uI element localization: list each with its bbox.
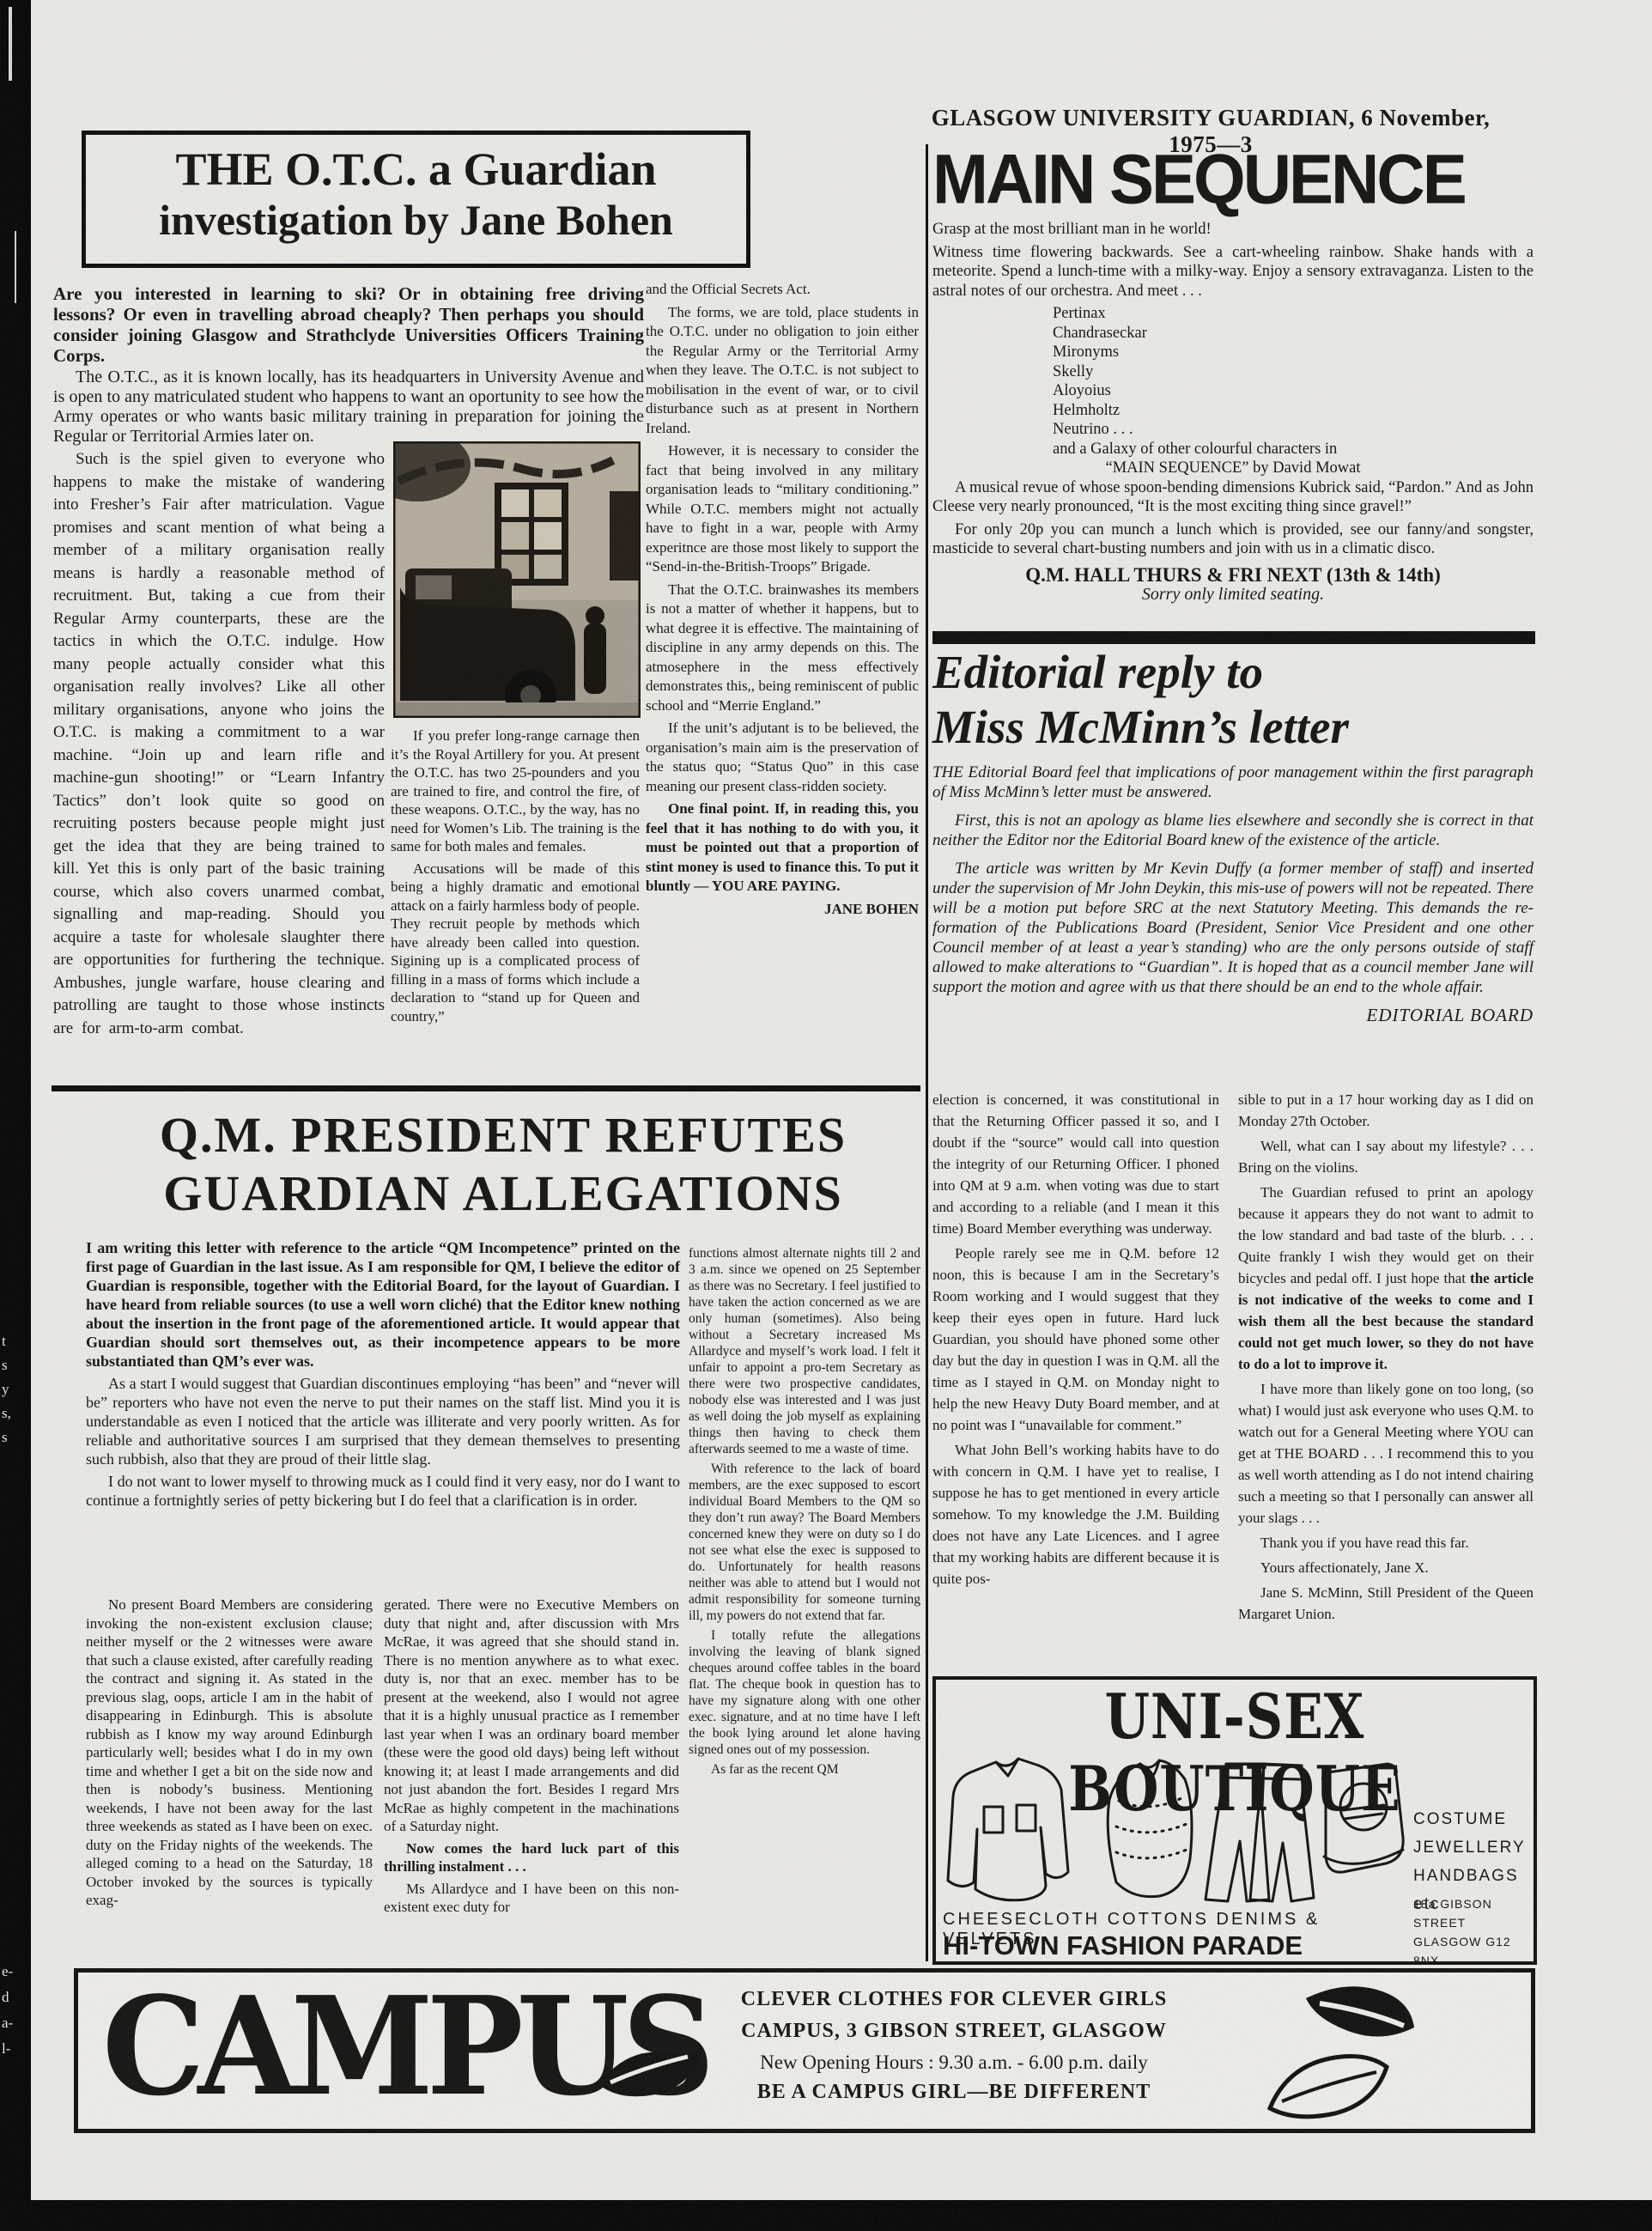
qm-headline-line1: Q.M. PRESIDENT REFUTES [86,1106,920,1164]
paragraph: The article was written by Mr Kevin Duff… [932,859,1534,997]
paragraph: That the O.T.C. brainwashes its members … [646,581,919,716]
jeans-drawing [1206,1764,1269,1901]
paragraph: First, this is not an apology as blame l… [932,811,1534,850]
edge-fragment: s, [2,1405,11,1422]
otc-column-2: If you prefer long-range carnage then it… [391,726,640,1084]
otc-headline-line2: investigation by Jane Bohen [86,195,746,245]
paragraph: and the Official Secrets Act. [646,280,919,300]
section-divider-bar [932,631,1535,644]
film-edge-left [0,0,31,2231]
photo-figure [584,623,606,694]
list-item: and a Galaxy of other colourful characte… [1053,440,1534,459]
paragraph: sible to put in a 17 hour working day as… [1238,1089,1534,1132]
list-item: Mironyms [1053,343,1534,362]
list-item: Skelly [1053,362,1534,382]
address-line: GLASGOW G12 8NX [1413,1932,1530,1970]
paragraph: THE Editorial Board feel that implicatio… [932,763,1534,802]
horizontal-rule [52,1085,920,1091]
edge-fragment: e- [2,1963,13,1980]
seating-note: Sorry only limited seating. [932,585,1534,605]
leaf-icon [1263,2046,1392,2124]
edge-fragment: d [2,1989,9,2006]
paragraph: The Guardian refused to print an apology… [1238,1182,1534,1375]
paragraph: Well, what can I say about my lifestyle?… [1238,1135,1534,1178]
paragraph: Ms Allardyce and I have been on this non… [384,1880,679,1917]
paragraph: If you prefer long-range carnage then it… [391,726,640,856]
otc-byline: JANE BOHEN [646,900,919,920]
paragraph: Thank you if you have read this far. [1238,1532,1534,1553]
paragraph: I do not want to lower myself to throwin… [86,1472,680,1510]
paragraph: gerated. There were no Executive Members… [384,1596,679,1836]
list-item: Aloyoius [1053,381,1534,401]
otc-headline-box: THE O.T.C. a Guardian investigation by J… [82,131,750,268]
campus-line: CLEVER CLOTHES FOR CLEVER GIRLS [679,1988,1229,2011]
vertical-rule [926,144,928,1961]
qm-column-2: gerated. There were no Executive Members… [384,1596,679,1951]
main-sequence-headline: MAIN SEQUENCE [932,141,1535,216]
paragraph: As a start I would suggest that Guardian… [86,1374,680,1468]
paragraph: One final point. If, in reading this, yo… [646,799,919,897]
paragraph: If the unit’s adjutant is to be believed… [646,719,919,796]
paragraph: Such is the spiel given to everyone who … [53,448,385,1040]
qm-intro-block: I am writing this letter with reference … [86,1238,680,1513]
paragraph: With reference to the lack of board memb… [689,1461,920,1624]
qm-column-4: election is concerned, it was constituti… [932,1089,1219,1666]
edge-fragment: l- [2,2040,10,2058]
paragraph: As far as the recent QM [689,1761,920,1778]
paragraph: functions almost alternate nights till 2… [689,1245,920,1457]
paragraph: People rarely see me in Q.M. before 12 n… [932,1243,1219,1436]
campus-line: New Opening Hours : 9.30 a.m. - 6.00 p.m… [679,2052,1229,2074]
campus-line: BE A CAMPUS GIRL—BE DIFFERENT [679,2081,1229,2104]
paragraph: Accusations will be made of this being a… [391,860,640,1026]
campus-ad: CAMPUS CLEVER CLOTHES FOR CLEVER GIRLS C… [74,1968,1535,2133]
side-line: JEWELLERY [1413,1833,1530,1862]
otc-photo [393,441,641,718]
unisex-ad-strapline: HI-TOWN FASHION PARADE [943,1930,1411,1961]
paragraph: No present Board Members are considering… [86,1596,373,1910]
edge-fragment: t [2,1333,6,1350]
garment-illustrations [943,1754,1406,1906]
unisex-boutique-ad: UNI-SEX BOUTIQUE [932,1676,1537,1965]
paragraph: Grasp at the most brilliant man in he wo… [932,220,1534,240]
editorial-body: THE Editorial Board feel that implicatio… [932,763,1534,1025]
blouse-drawing [1108,1760,1192,1897]
paragraph: The forms, we are told, place students i… [646,303,919,439]
list-item: Neutrino . . . [1053,420,1534,440]
paragraph: I am writing this letter with reference … [86,1238,680,1371]
shirt-drawing [948,1759,1068,1900]
paragraph: For only 20p you can munch a lunch which… [932,520,1534,559]
paragraph: I totally refute the allegations involvi… [689,1627,920,1758]
qm-headline-line2: GUARDIAN ALLEGATIONS [86,1164,920,1222]
address-line: 18a GIBSON STREET [1413,1894,1530,1932]
otc-column-3: and the Official Secrets Act. The forms,… [646,280,919,1089]
film-scratches [9,7,12,81]
otc-column-1: Such is the spiel given to everyone who … [53,448,385,1085]
paragraph: I have more than likely gone on too long… [1238,1378,1534,1529]
list-item: Chandraseckar [1053,324,1534,343]
unisex-ad-address: 18a GIBSON STREET GLASGOW G12 8NX [1413,1894,1530,1970]
paragraph: Yours affectionately, Jane X. [1238,1557,1534,1578]
edge-fragment: y [2,1381,9,1398]
qm-column-3: functions almost alternate nights till 2… [689,1245,920,1953]
film-edge-bottom [0,2200,1652,2231]
paragraph: Now comes the hard luck part of this thr… [384,1839,679,1876]
edge-fragment: s [2,1357,8,1374]
otc-intro: The O.T.C., as it is known locally, has … [53,368,644,447]
newspaper-page: t s y s, s e- d a- l- GLASGOW UNIVERSITY… [0,0,1652,2231]
qm-column-5: sible to put in a 17 hour working day as… [1238,1089,1534,1666]
edge-fragment: s [2,1429,8,1446]
campus-ad-text: CLEVER CLOTHES FOR CLEVER GIRLS CAMPUS, … [679,1988,1229,2104]
show-byline: “MAIN SEQUENCE” by David Mowat [932,459,1534,478]
editorial-headline-line2: Miss McMinn’s letter [932,701,1534,754]
main-sequence-body: Grasp at the most brilliant man in he wo… [932,220,1534,630]
paragraph: What John Bell’s working habits have to … [932,1439,1219,1590]
editorial-signature: EDITORIAL BOARD [932,1006,1534,1025]
paragraph: election is concerned, it was constituti… [932,1089,1219,1239]
list-item: Helmholtz [1053,401,1534,421]
side-line: COSTUME [1413,1805,1530,1833]
photo-window-2 [610,491,641,581]
venue-line: Q.M. HALL THURS & FRI NEXT (13th & 14th) [932,566,1534,586]
paragraph: However, it is necessary to consider the… [646,441,919,577]
campus-line: CAMPUS, 3 GIBSON STREET, GLASGOW [679,2020,1229,2043]
qm-column-1: No present Board Members are considering… [86,1596,373,1951]
editorial-headline-line1: Editorial reply to [932,646,1534,699]
otc-lead: Are you interested in learning to ski? O… [53,283,644,366]
paragraph: Witness time flowering backwards. See a … [932,243,1534,301]
leaf-icon [1297,1981,1418,2050]
edge-fragment: a- [2,2015,13,2032]
otc-headline-line1: THE O.T.C. a Guardian [86,143,746,195]
list-item: Pertinax [1053,304,1534,324]
character-list: Pertinax Chandraseckar Mironyms Skelly A… [1053,304,1534,459]
paragraph: A musical revue of whose spoon-bending d… [932,478,1534,517]
paragraph: Jane S. McMinn, Still President of the Q… [1238,1582,1534,1625]
